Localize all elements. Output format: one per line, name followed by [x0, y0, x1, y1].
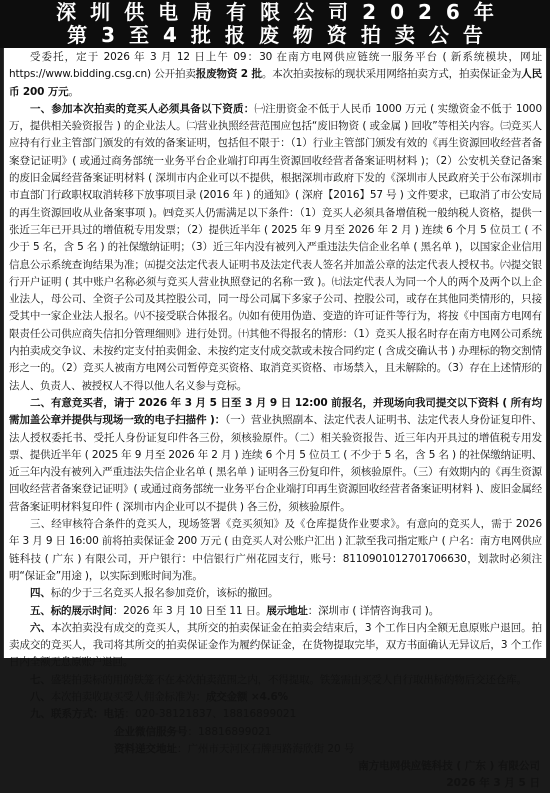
section-3: 三、经审核符合条件的竞买人，现场签署《竞买须知》及《仓库提货作业要求》。有意向的…: [9, 516, 542, 585]
title-line-1: 深圳供电局有限公司2026年: [0, 0, 550, 24]
notice-header: 深圳供电局有限公司2026年 第3至4批报废物资拍卖公告: [0, 0, 550, 48]
section-2-body: （一）营业执照副本、法定代表人证明书、法定代表人身份证复印件、法人授权委托书、受…: [9, 414, 542, 512]
section-6: 六、本次拍卖没有成交的竞买人，其所交的拍卖保证金在拍卖会结束后，3 个工作日内全…: [9, 620, 542, 660]
section-4-text: 标的少于三名竞买人报名参加竞价，该标的撤回。: [51, 587, 279, 599]
intro-paragraph: 受委托，定于 2026 年 3 月 12 日上午 09：30 在南方电网供应链统…: [9, 49, 542, 101]
section-2: 二、有意竞买者，请于 2026 年 3 月 5 日至 3 月 9 日 12:00…: [9, 395, 542, 516]
intro-bold-lots: 报废物资 2 批: [196, 68, 262, 80]
section-6-text: 本次拍卖没有成交的竞买人，其所交的拍卖保证金在拍卖会结束后，3 个工作日内全额无…: [9, 622, 542, 660]
display-address-value: ：深圳市 ( 详情咨询我司 )。: [308, 605, 439, 617]
title-line-2: 第3至4批报废物资拍卖公告: [0, 24, 550, 47]
section-5: 五、标的展示时间：2026 年 3 月 10 日至 11 日。展示地址：深圳市 …: [9, 603, 542, 620]
section-1: 一、参加本次拍卖的竞买人必须具备以下资质：㈠注册资金不低于人民币 1000 万元…: [9, 101, 542, 395]
section-4-heading: 四、: [30, 587, 51, 599]
intro-text-2: 。本次拍卖按标的现状采用网络拍卖方式，拍卖保证金为: [262, 68, 521, 80]
display-address-label: 展示地址: [266, 605, 307, 617]
notice-body: 受委托，定于 2026 年 3 月 12 日上午 09：30 在南方电网供应链统…: [3, 48, 547, 658]
section-4: 四、标的少于三名竞买人报名参加竞价，该标的撤回。: [9, 585, 542, 602]
display-time-label: 五、标的展示时间: [30, 605, 113, 617]
section-1-heading: 一、参加本次拍卖的竞买人必须具备以下资质：: [30, 103, 254, 115]
display-time-value: ：2026 年 3 月 10 日至 11 日。: [113, 605, 267, 617]
section-6-heading: 六、: [30, 622, 51, 634]
intro-text-3: 。: [69, 86, 79, 98]
section-1-body: ㈠注册资金不低于人民币 1000 万元 ( 实缴资金不低于 1000 万，提供相…: [9, 103, 542, 392]
